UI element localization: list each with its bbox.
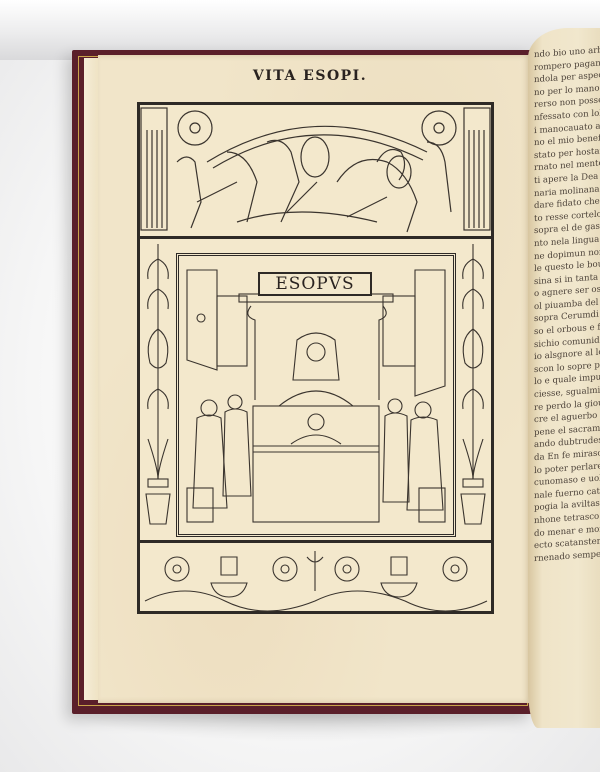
right-foliate-border <box>455 239 491 540</box>
scene-drawing <box>179 256 453 534</box>
right-page-text: ndo bio uno arbore de ficho c rompero pa… <box>534 43 600 566</box>
foliate-candelabra-left <box>140 239 176 540</box>
right-page-curl: ndo bio uno arbore de ficho c rompero pa… <box>528 28 600 728</box>
esopus-label-plaque: ESOPVS <box>258 272 372 296</box>
woodcut-frieze <box>137 102 494 239</box>
bottom-vine-border <box>137 540 494 614</box>
foliate-candelabra-right <box>455 239 491 540</box>
left-foliate-border <box>140 239 176 540</box>
battle-scene-drawing <box>137 102 494 239</box>
endpaper-strip <box>84 58 98 700</box>
vine-urn-drawing <box>137 543 494 617</box>
running-head: VITA ESOPI. <box>200 68 420 84</box>
book-floor-shadow <box>70 712 540 742</box>
